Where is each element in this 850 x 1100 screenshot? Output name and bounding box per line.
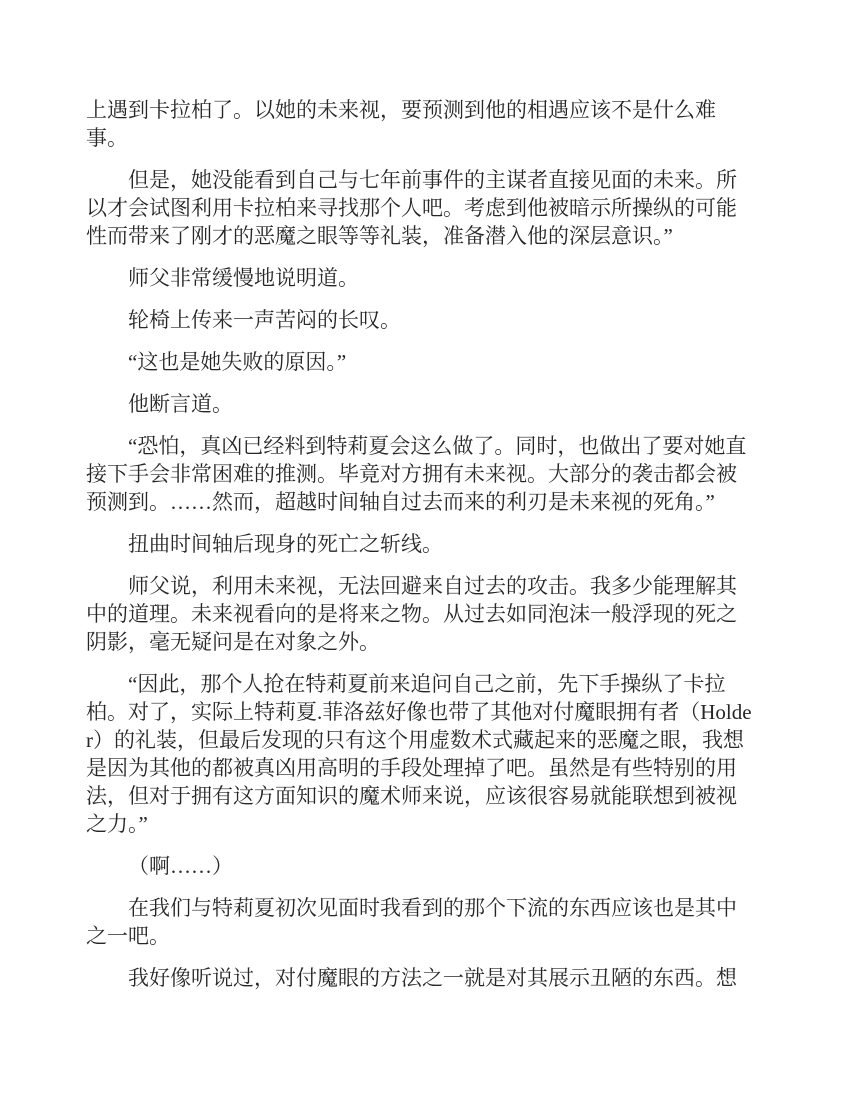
paragraph-12: 在我们与特莉夏初次见面时我看到的那个下流的东西应该也是其中之一吧。 xyxy=(86,894,752,950)
paragraph-11: （啊……） xyxy=(86,852,752,880)
paragraph-6: 他断言道。 xyxy=(86,390,752,418)
paragraph-9: 师父说，利用未来视，无法回避来自过去的攻击。我多少能理解其中的道理。未来视看向的… xyxy=(86,572,752,656)
paragraph-8: 扭曲时间轴后现身的死亡之斩线。 xyxy=(86,530,752,558)
paragraph-1: 上遇到卡拉柏了。以她的未来视，要预测到他的相遇应该不是什么难事。 xyxy=(86,96,752,152)
paragraph-5: “这也是她失败的原因。” xyxy=(86,348,752,376)
paragraph-10: “因此，那个人抢在特莉夏前来追问自己之前，先下手操纵了卡拉柏。对了，实际上特莉夏… xyxy=(86,670,752,838)
document-page: 上遇到卡拉柏了。以她的未来视，要预测到他的相遇应该不是什么难事。 但是，她没能看… xyxy=(0,0,850,1100)
paragraph-13: 我好像听说过，对付魔眼的方法之一就是对其展示丑陋的东西。想 xyxy=(86,964,752,992)
paragraph-2: 但是，她没能看到自己与七年前事件的主谋者直接见面的未来。所以才会试图利用卡拉柏来… xyxy=(86,166,752,250)
paragraph-4: 轮椅上传来一声苦闷的长叹。 xyxy=(86,306,752,334)
paragraph-3: 师父非常缓慢地说明道。 xyxy=(86,264,752,292)
paragraph-7: “恐怕，真凶已经料到特莉夏会这么做了。同时，也做出了要对她直接下手会非常困难的推… xyxy=(86,432,752,516)
